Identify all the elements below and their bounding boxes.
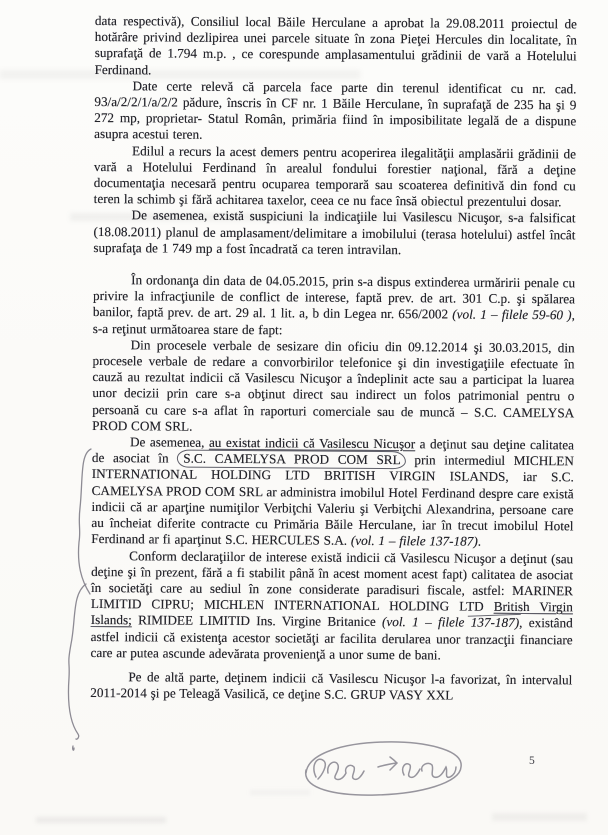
paragraph: De asemenea, există suspiciuni la indica… — [93, 207, 575, 259]
text-segment: Pe de altă parte, deţinem indicii că Vas… — [90, 669, 572, 702]
paragraph: Date certe relevă că parcela face parte … — [94, 78, 576, 146]
hand-underlined-text: au existat indicii că Vasilescu Nicuşor — [209, 435, 415, 451]
document-body: data respectivă), Consiliul local Băile … — [90, 13, 577, 705]
scan-artifact — [492, 813, 587, 821]
text-segment: data respectivă), Consiliul local Băile … — [95, 13, 577, 77]
paragraph: De asemenea, au existat indicii că Vasil… — [91, 434, 574, 551]
paragraph: Edilul a recurs la acest demers pentru a… — [94, 143, 576, 211]
document-page: data respectivă), Consiliul local Băile … — [0, 0, 608, 835]
paragraph: Conform declaraţiilor de interese există… — [90, 547, 573, 664]
text-segment: (vol. 1 – filele 137-187) — [351, 533, 478, 549]
paragraph: Pe de altă parte, deţinem indicii că Vas… — [90, 669, 572, 705]
text-segment: RIMIDEE LIMITID Ins. Virgine Britanice — [132, 613, 382, 630]
text-segment: Date certe relevă că parcela face parte … — [94, 78, 576, 142]
scan-artifact — [36, 817, 166, 823]
handwritten-margin-brace-icon — [58, 580, 92, 756]
text-segment: (vol. 1 – filele — [382, 614, 471, 630]
paragraph: data respectivă), Consiliul local Băile … — [95, 13, 577, 81]
text-segment: . — [478, 534, 481, 549]
text-segment: De asemenea, există suspiciuni la indica… — [93, 208, 575, 257]
handwritten-circled-note-icon — [292, 737, 474, 801]
page-number: 5 — [529, 755, 535, 767]
paragraph: Din procesele verbale de sesizare din of… — [92, 337, 575, 438]
paragraph: În ordonanţa din data de 04.05.2015, pri… — [93, 272, 575, 340]
text-segment: Edilul a recurs la acest demers pentru a… — [94, 143, 576, 210]
text-segment: De asemenea, — [130, 434, 209, 450]
text-segment: 137-187) — [471, 615, 519, 630]
handwritten-margin-brace-icon — [70, 446, 100, 598]
text-segment: Din procesele verbale de sesizare din of… — [92, 337, 575, 433]
text-segment: (vol. 1 – filele 59-60 ) — [452, 307, 571, 323]
